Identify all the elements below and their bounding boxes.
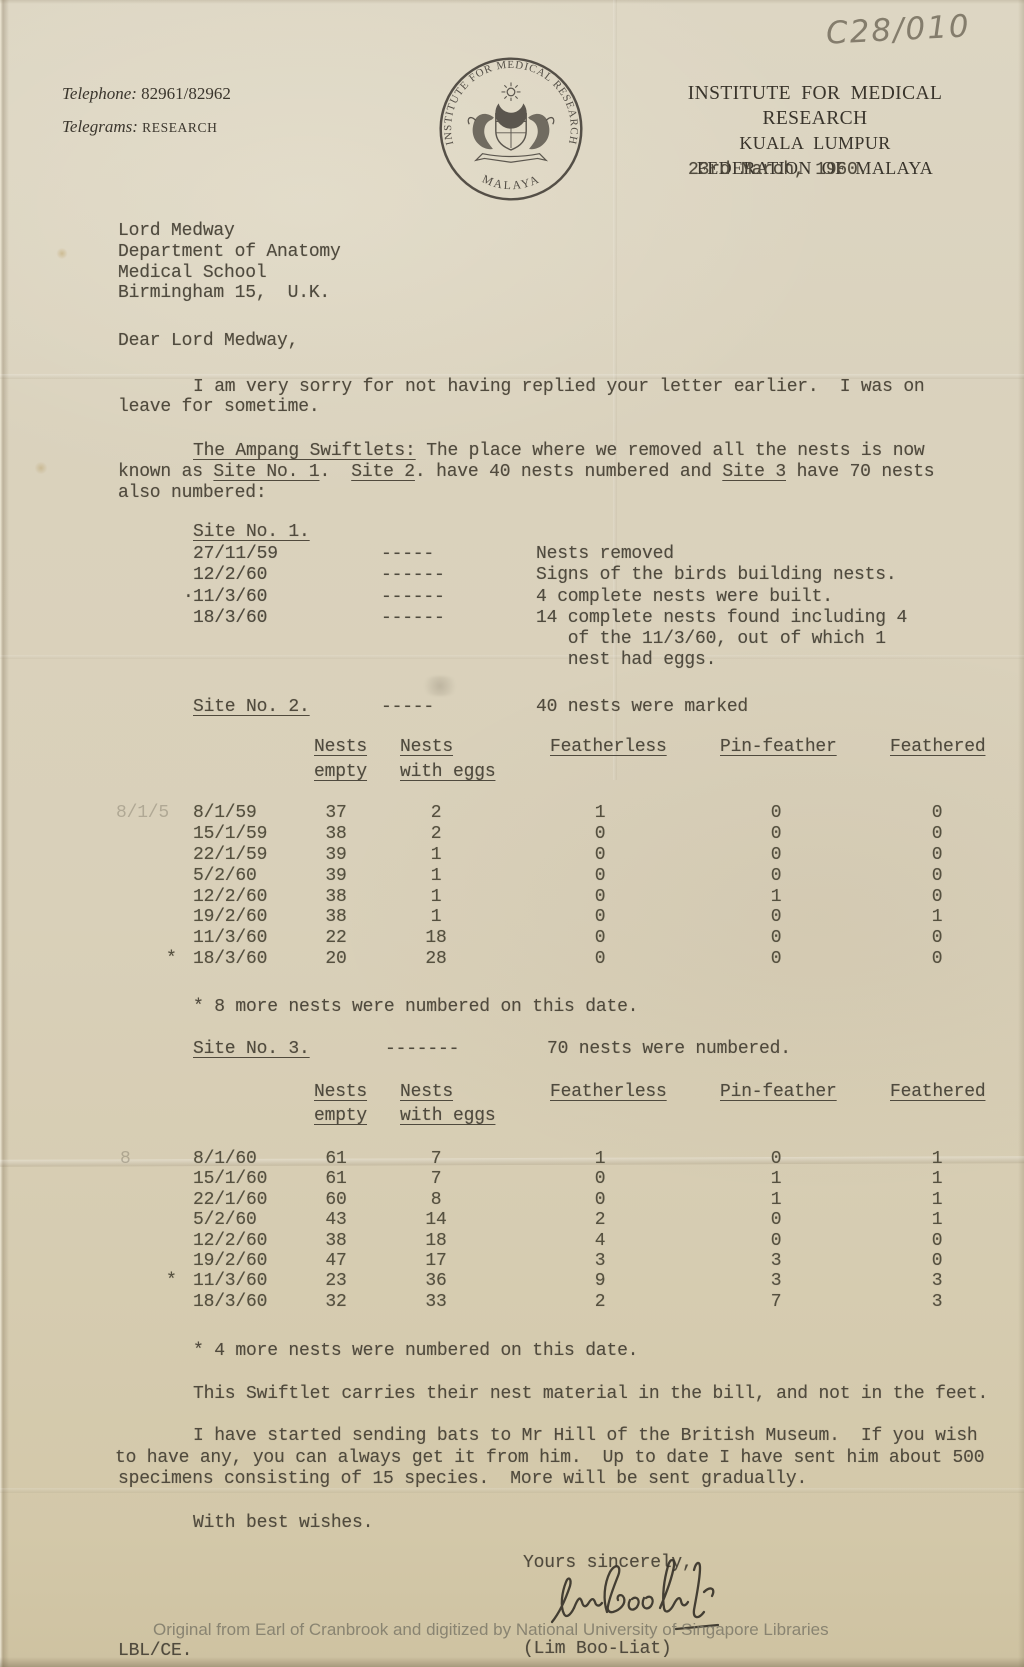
scanned-letter-page: Telephone: 82961/82962 Telegrams: RESEAR…	[0, 0, 1024, 1667]
seal-right-tiger	[528, 114, 549, 149]
site2-heading: Site No. 2.	[193, 697, 310, 718]
header-nests-empty-2: empty	[314, 1106, 367, 1126]
telephone-label: Telephone:	[62, 84, 137, 103]
cell-date: 15/1/60	[193, 1169, 267, 1189]
cell-date: 11/3/60	[193, 928, 267, 948]
cell-nests-with-eggs: 1	[396, 845, 476, 865]
site1-reference: Site No. 1	[213, 462, 319, 482]
site1-row-date: 11/3/60	[193, 587, 267, 607]
site1-row: 18/3/60 ------ 14 complete nests found i…	[0, 608, 1024, 629]
stain-1	[56, 248, 68, 259]
paragraph-swiftlets-line2: known as Site No. 1. Site 2. have 40 nes…	[118, 462, 934, 483]
site3-note: 70 nests were numbered.	[547, 1039, 791, 1060]
cell-nests-with-eggs: 28	[396, 949, 476, 969]
row-asterisk: *	[166, 949, 177, 969]
paragraph-bats-line3: specimens consisting of 15 species. More…	[118, 1469, 807, 1490]
cell-feathered: 1	[891, 1169, 983, 1189]
cell-feathered: 1	[891, 1210, 983, 1230]
site2-table-row: 22/1/59 39 1 0 0 0	[0, 845, 1024, 866]
paragraph-swiftlets-line1: The Ampang Swiftlets: The place where we…	[193, 441, 925, 462]
cell-nests-empty: 38	[296, 1231, 376, 1251]
cell-nests-empty: 47	[296, 1251, 376, 1271]
cell-nests-empty: 39	[296, 845, 376, 865]
site1-row-date: 12/2/60	[193, 565, 267, 585]
cell-nests-with-eggs: 7	[396, 1149, 476, 1169]
seal-banner	[476, 154, 546, 163]
site2-table-row: 8/1/59 37 2 1 0 0	[0, 803, 1024, 824]
site1-row-description: Signs of the birds building nests.	[536, 565, 976, 586]
cell-date: 18/3/60	[193, 949, 267, 969]
site1-row: 27/11/59 ----- Nests removed	[0, 544, 1024, 565]
recipient-address: Lord MedwayDepartment of AnatomyMedical …	[118, 221, 341, 304]
cell-nests-with-eggs: 18	[396, 928, 476, 948]
header-nests-empty-1: Nests	[314, 1082, 367, 1102]
site3-table-row: 18/3/60 32 33 2 7 3	[0, 1292, 1024, 1312]
cell-featherless: 1	[555, 803, 645, 823]
cell-nests-with-eggs: 1	[396, 887, 476, 907]
cell-nests-with-eggs: 1	[396, 907, 476, 927]
site1-row-dashes: ------	[381, 587, 445, 607]
cell-pin-feather: 0	[731, 866, 821, 886]
site3-dashes: -------	[385, 1039, 459, 1060]
header-nests-empty-2: empty	[314, 762, 367, 782]
cell-nests-with-eggs: 2	[396, 803, 476, 823]
swiftlets-line1-rest: The place where we removed all the nests…	[416, 441, 925, 461]
address-line: Birmingham 15, U.K.	[118, 283, 341, 304]
cell-feathered: 0	[891, 866, 983, 886]
institute-seal: INSTITUTE FOR MEDICAL RESEARCH · MALAYA …	[435, 53, 587, 205]
cell-date: 12/2/60	[193, 1231, 267, 1251]
cell-featherless: 0	[555, 845, 645, 865]
cell-pin-feather: 0	[731, 907, 821, 927]
site1-row-description: 4 complete nests were built.	[536, 587, 976, 608]
cell-feathered: 0	[891, 928, 983, 948]
cell-pin-feather: 0	[731, 949, 821, 969]
salutation: Dear Lord Medway,	[118, 331, 298, 352]
header-feathered: Feathered	[890, 1082, 985, 1102]
ampang-swiftlets-underlined: The Ampang Swiftlets:	[193, 441, 416, 461]
header-nests-eggs-2: with eggs	[400, 762, 495, 782]
reference-initials: LBL/CE.	[118, 1641, 192, 1662]
site2-table-row: 12/2/60 38 1 0 1 0	[0, 887, 1024, 908]
header-nests-empty-1: Nests	[314, 737, 367, 757]
cell-featherless: 3	[555, 1251, 645, 1271]
closing-wishes: With best wishes.	[193, 1513, 373, 1534]
cell-featherless: 0	[555, 866, 645, 886]
site1-row-dashes: ------	[381, 608, 445, 628]
cell-feathered: 1	[891, 907, 983, 927]
cell-nests-empty: 39	[296, 866, 376, 886]
cell-pin-feather: 0	[731, 1149, 821, 1169]
cell-date: 22/1/60	[193, 1190, 267, 1210]
cell-featherless: 4	[555, 1231, 645, 1251]
site1-row-dashes: ------	[381, 565, 445, 585]
letterhead-telegrams: Telegrams: RESEARCH	[62, 117, 217, 137]
header-nests-eggs-2: with eggs	[400, 1106, 495, 1126]
cell-feathered: 0	[891, 1231, 983, 1251]
site3-column-headers-line2: empty with eggs	[0, 1106, 1024, 1127]
cell-featherless: 0	[555, 907, 645, 927]
site2-table-row: * 18/3/60 20 28 0 0 0	[0, 949, 1024, 970]
cell-nests-with-eggs: 1	[396, 866, 476, 886]
site1-heading: Site No. 1.	[193, 522, 310, 543]
cell-feathered: 1	[891, 1190, 983, 1210]
site1-row: 12/2/60 ------ Signs of the birds buildi…	[0, 565, 1024, 586]
cell-feathered: 0	[891, 824, 983, 844]
site2-table-row: 15/1/59 38 2 0 0 0	[0, 824, 1024, 845]
cell-feathered: 0	[891, 949, 983, 969]
site2-dashes: -----	[381, 697, 434, 718]
cell-date: 8/1/60	[193, 1149, 257, 1169]
address-line: Lord Medway	[118, 221, 341, 242]
cell-nests-empty: 20	[296, 949, 376, 969]
cell-pin-feather: 0	[731, 803, 821, 823]
header-nests-eggs-1: Nests	[400, 737, 453, 757]
site3-heading: Site No. 3.	[193, 1039, 310, 1060]
cell-pin-feather: 1	[731, 887, 821, 907]
site3-table-row: 12/2/60 38 18 4 0 0	[0, 1231, 1024, 1251]
paragraph-bats-line2: to have any, you can always get it from …	[115, 1448, 984, 1469]
site3-table: 8/1/60 61 7 1 0 1 15/1/60 61 7 0 1 1 22/…	[0, 1149, 1024, 1312]
cell-featherless: 0	[555, 1169, 645, 1189]
site3-table-row: 8/1/60 61 7 1 0 1	[0, 1149, 1024, 1169]
site1-row-dashes: -----	[381, 544, 434, 564]
cell-nests-empty: 22	[296, 928, 376, 948]
telephone-value: 82961/82962	[141, 84, 231, 103]
cell-nests-empty: 61	[296, 1149, 376, 1169]
site2-footnote: * 8 more nests were numbered on this dat…	[193, 997, 638, 1018]
cell-featherless: 0	[555, 887, 645, 907]
cell-nests-with-eggs: 17	[396, 1251, 476, 1271]
site1-row-description: 14 complete nests found including 4 of t…	[536, 608, 976, 672]
site3-column-headers-line1: Nests Nests Featherless Pin-feather Feat…	[0, 1082, 1024, 1103]
cell-date: 18/3/60	[193, 1292, 267, 1312]
site2-table: 8/1/59 37 2 1 0 0 15/1/59 38 2 0 0 0 22/…	[0, 803, 1024, 970]
header-pin-feather: Pin-feather	[720, 1082, 837, 1102]
site3-table-row: 5/2/60 43 14 2 0 1	[0, 1210, 1024, 1230]
cell-pin-feather: 3	[731, 1251, 821, 1271]
header-featherless: Featherless	[550, 737, 667, 757]
cell-nests-with-eggs: 36	[396, 1271, 476, 1291]
letter-date: 23rd March, 1960.	[688, 160, 868, 181]
cell-pin-feather: 1	[731, 1169, 821, 1189]
cell-date: 5/2/60	[193, 866, 257, 886]
cell-nests-with-eggs: 14	[396, 1210, 476, 1230]
cell-nests-empty: 23	[296, 1271, 376, 1291]
cell-date: 19/2/60	[193, 1251, 267, 1271]
cell-featherless: 1	[555, 1149, 645, 1169]
cell-pin-feather: 0	[731, 1231, 821, 1251]
cell-feathered: 3	[891, 1271, 983, 1291]
swiftlets-line2-a: known as	[118, 462, 213, 482]
cell-featherless: 2	[555, 1210, 645, 1230]
paragraph-apology-line1: I am very sorry for not having replied y…	[193, 377, 925, 398]
cell-featherless: 0	[555, 824, 645, 844]
cell-feathered: 1	[891, 1149, 983, 1169]
cell-feathered: 0	[891, 887, 983, 907]
site2-reference: Site 2	[351, 462, 415, 482]
digitization-watermark: Original from Earl of Cranbrook and digi…	[153, 1620, 829, 1640]
cell-date: 15/1/59	[193, 824, 267, 844]
site3-table-row: 22/1/60 60 8 0 1 1	[0, 1190, 1024, 1210]
cell-date: 11/3/60	[193, 1271, 267, 1291]
seal-coat-of-arms	[468, 82, 554, 162]
cell-nests-empty: 38	[296, 907, 376, 927]
address-line: Medical School	[118, 263, 341, 284]
header-featherless: Featherless	[550, 1082, 667, 1102]
site2-table-row: 19/2/60 38 1 0 0 1	[0, 907, 1024, 928]
top-edge-shadow	[0, 0, 1024, 4]
cell-date: 8/1/59	[193, 803, 257, 823]
cell-nests-empty: 61	[296, 1169, 376, 1189]
telegrams-label: Telegrams:	[62, 117, 138, 136]
cell-nests-empty: 32	[296, 1292, 376, 1312]
header-nests-eggs-1: Nests	[400, 1082, 453, 1102]
site1-row: · 11/3/60 ------ 4 complete nests were b…	[0, 587, 1024, 608]
cell-feathered: 0	[891, 845, 983, 865]
cell-nests-empty: 37	[296, 803, 376, 823]
cell-nests-with-eggs: 8	[396, 1190, 476, 1210]
cell-pin-feather: 3	[731, 1271, 821, 1291]
cell-nests-empty: 38	[296, 824, 376, 844]
cell-nests-with-eggs: 33	[396, 1292, 476, 1312]
cell-pin-feather: 7	[731, 1292, 821, 1312]
address-line: Department of Anatomy	[118, 242, 341, 263]
site3-footnote: * 4 more nests were numbered on this dat…	[193, 1341, 638, 1362]
cell-feathered: 3	[891, 1292, 983, 1312]
cell-featherless: 2	[555, 1292, 645, 1312]
cell-featherless: 9	[555, 1271, 645, 1291]
cell-feathered: 0	[891, 803, 983, 823]
cell-pin-feather: 0	[731, 1210, 821, 1230]
seal-left-tiger	[473, 114, 494, 149]
swiftlets-line2-b: .	[319, 462, 351, 482]
cell-date: 19/2/60	[193, 907, 267, 927]
cell-nests-empty: 38	[296, 887, 376, 907]
site1-row-date: 27/11/59	[193, 544, 278, 564]
cell-featherless: 0	[555, 1190, 645, 1210]
letterhead-institute-name: INSTITUTE FOR MEDICAL RESEARCH	[640, 82, 990, 131]
site2-table-row: 5/2/60 39 1 0 0 0	[0, 866, 1024, 887]
site3-table-row: 15/1/60 61 7 0 1 1	[0, 1169, 1024, 1189]
site3-table-row: * 11/3/60 23 36 9 3 3	[0, 1271, 1024, 1291]
cell-nests-with-eggs: 7	[396, 1169, 476, 1189]
paragraph-bill: This Swiftlet carries their nest materia…	[193, 1384, 988, 1405]
site3-reference: Site 3	[722, 462, 786, 482]
cell-nests-empty: 60	[296, 1190, 376, 1210]
cell-date: 12/2/60	[193, 887, 267, 907]
cell-pin-feather: 0	[731, 845, 821, 865]
cell-nests-empty: 43	[296, 1210, 376, 1230]
filing-annotation: C28/010	[825, 8, 971, 52]
cell-date: 22/1/59	[193, 845, 267, 865]
header-feathered: Feathered	[890, 737, 985, 757]
site1-row-date: 18/3/60	[193, 608, 267, 628]
cell-feathered: 0	[891, 1251, 983, 1271]
letterhead-city: KUALA LUMPUR	[640, 131, 990, 156]
row-asterisk: *	[166, 1271, 177, 1291]
site1-event-list: 27/11/59 ----- Nests removed 12/2/60 ---…	[0, 544, 1024, 629]
cell-pin-feather: 1	[731, 1190, 821, 1210]
telegrams-value: RESEARCH	[142, 120, 217, 135]
smudge-site2-heading	[420, 676, 460, 696]
site2-column-headers-line2: empty with eggs	[0, 762, 1024, 783]
site1-row-description: Nests removed	[536, 544, 976, 565]
paragraph-bats-line1: I have started sending bats to Mr Hill o…	[193, 1426, 978, 1447]
cell-date: 5/2/60	[193, 1210, 257, 1230]
cell-nests-with-eggs: 2	[396, 824, 476, 844]
header-pin-feather: Pin-feather	[720, 737, 837, 757]
site3-table-row: 19/2/60 47 17 3 3 0	[0, 1251, 1024, 1271]
site2-note: 40 nests were marked	[536, 697, 748, 718]
paragraph-swiftlets-line3: also numbered:	[118, 483, 266, 504]
cell-featherless: 0	[555, 928, 645, 948]
site2-column-headers-line1: Nests Nests Featherless Pin-feather Feat…	[0, 737, 1024, 758]
site2-table-row: 11/3/60 22 18 0 0 0	[0, 928, 1024, 949]
swiftlets-line2-d: have 70 nests	[786, 462, 934, 482]
cell-nests-with-eggs: 18	[396, 1231, 476, 1251]
paragraph-apology-line2: leave for sometime.	[118, 397, 319, 418]
stain-2	[34, 462, 48, 474]
letterhead-telephone: Telephone: 82961/82962	[62, 84, 231, 104]
cell-pin-feather: 0	[731, 824, 821, 844]
cell-pin-feather: 0	[731, 928, 821, 948]
swiftlets-line2-c: . have 40 nests numbered and	[415, 462, 722, 482]
cell-featherless: 0	[555, 949, 645, 969]
